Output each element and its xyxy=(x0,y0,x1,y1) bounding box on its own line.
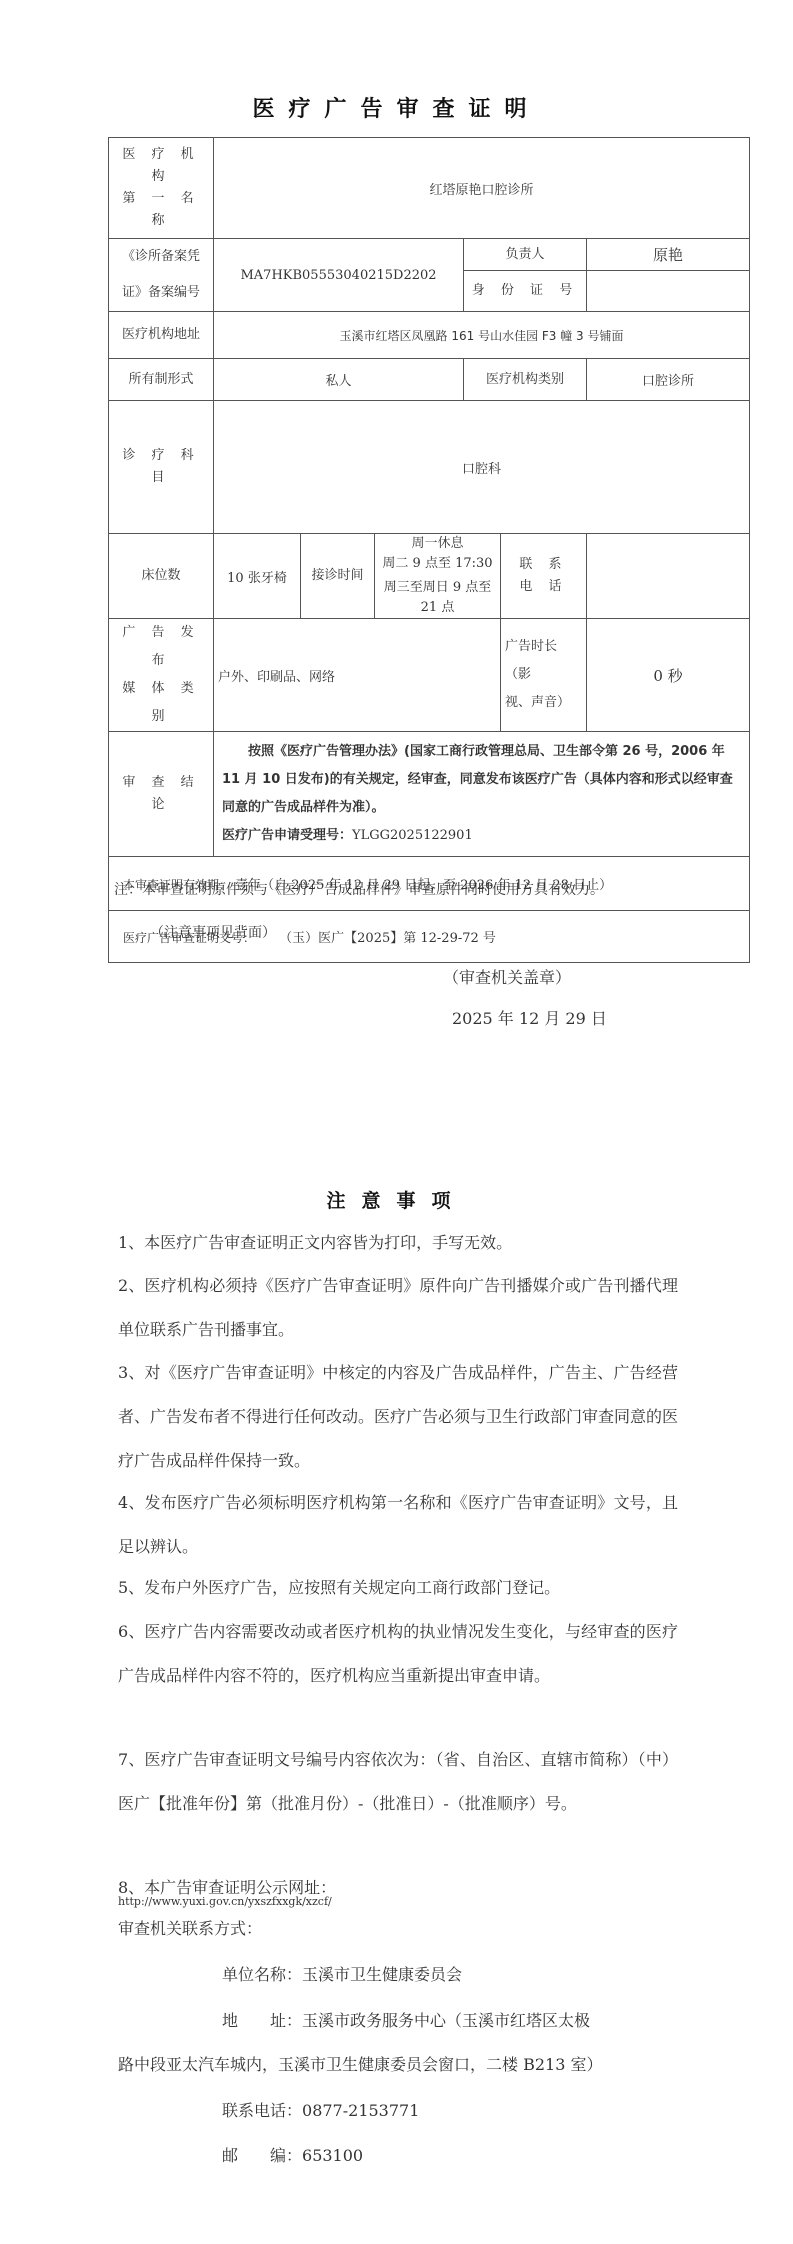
phone-label: 联 系 电 话 xyxy=(501,534,587,619)
hours-label: 接诊时间 xyxy=(301,534,375,619)
conclusion-value: 按照《医疗广告管理办法》(国家工商行政管理总局、卫生部令第 26 号，2006 … xyxy=(214,732,750,857)
responsible-person-value: 原艳 xyxy=(587,239,750,271)
contact-address-label: 地 址： xyxy=(222,2011,302,2030)
phone-value xyxy=(587,534,750,619)
duration-value: 0 秒 xyxy=(587,619,750,732)
duration-label: 广告时长（影 视、声音） xyxy=(501,619,587,732)
acceptance-number: YLGG2025122901 xyxy=(352,828,473,843)
category-label: 医疗机构类别 xyxy=(464,359,587,401)
contact-phone: 联系电话：0877-2153771 xyxy=(222,2098,419,2121)
notice-item-1: 1、本医疗广告审查证明正文内容皆为打印，手写无效。 xyxy=(118,1221,678,1265)
notice-item-7: 7、医疗广告审查证明文号编号内容依次为：（省、自治区、直辖市简称）（中）医广【批… xyxy=(118,1738,678,1826)
row-ownership: 所有制形式 私人 医疗机构类别 口腔诊所 xyxy=(109,359,750,401)
responsible-person-label: 负责人 xyxy=(464,239,587,271)
row-registration: 《诊所备案凭 证》备案编号 MA7HKB05553040215D2202 负责人… xyxy=(109,239,750,271)
notice-title: 注意事项 xyxy=(0,1186,793,1213)
contact-address: 地 址：玉溪市政务服务中心（玉溪市红塔区太极 xyxy=(222,2008,590,2031)
media-label: 广 告 发 布 媒 体 类 别 xyxy=(109,619,214,732)
cert-number-value: （玉）医广【2025】第 12-29-72 号 xyxy=(279,931,496,946)
issue-date: 2025 年 12 月 29 日 xyxy=(452,1006,607,1029)
id-number-label: 身 份 证 号 xyxy=(464,271,587,312)
contact-unit-value: 玉溪市卫生健康委员会 xyxy=(302,1965,462,1984)
row-media: 广 告 发 布 媒 体 类 别 户外、印刷品、网络 广告时长（影 视、声音） 0… xyxy=(109,619,750,732)
contact-heading: 审查机关联系方式： xyxy=(118,1916,262,1939)
contact-address-line2: 路中段亚太汽车城内，玉溪市卫生健康委员会窗口，二楼 B213 室） xyxy=(118,2052,602,2075)
acceptance-label: 医疗广告申请受理号： xyxy=(222,828,352,843)
contact-postcode-label: 邮 编： xyxy=(222,2146,302,2165)
notice-item-4: 4、发布医疗广告必须标明医疗机构第一名称和《医疗广告审查证明》文号，且足以辨认。 xyxy=(118,1481,678,1569)
id-number-value xyxy=(587,271,750,312)
contact-postcode: 邮 编：653100 xyxy=(222,2143,363,2166)
contact-postcode-value: 653100 xyxy=(302,2146,363,2165)
departments-label: 诊 疗 科 目 xyxy=(109,401,214,534)
usage-note: 注：本审查证明原件须与《医疗广告成品样件》审查原件同时使用方具有效力。 xyxy=(114,879,604,899)
notice-item-5: 5、发布户外医疗广告，应按照有关规定向工商行政部门登记。 xyxy=(118,1566,678,1610)
contact-phone-label: 联系电话： xyxy=(222,2101,302,2120)
address-value: 玉溪市红塔区凤凰路 161 号山水佳园 F3 幢 3 号铺面 xyxy=(214,312,750,359)
institution-name-label: 医 疗 机 构 第 一 名 称 xyxy=(109,138,214,239)
hours-value: 周一休息 周二 9 点至 17:30 周三至周日 9 点至 21 点 xyxy=(375,534,501,619)
conclusion-text: 按照《医疗广告管理办法》(国家工商行政管理总局、卫生部令第 26 号，2006 … xyxy=(222,738,741,822)
notice-item-3: 3、对《医疗广告审查证明》中核定的内容及广告成品样件，广告主、广告经营者、广告发… xyxy=(118,1351,678,1483)
departments-value: 口腔科 xyxy=(214,401,750,534)
conclusion-label: 审 查 结 论 xyxy=(109,732,214,857)
row-address: 医疗机构地址 玉溪市红塔区凤凰路 161 号山水佳园 F3 幢 3 号铺面 xyxy=(109,312,750,359)
see-back-note: （注意事项见背面） xyxy=(150,922,276,942)
seal-text: （审查机关盖章） xyxy=(443,965,571,988)
contact-address-line1: 玉溪市政务服务中心（玉溪市红塔区太极 xyxy=(302,2011,590,2030)
category-value: 口腔诊所 xyxy=(587,359,750,401)
contact-phone-value: 0877-2153771 xyxy=(302,2101,419,2120)
row-institution-name: 医 疗 机 构 第 一 名 称 红塔原艳口腔诊所 xyxy=(109,138,750,239)
certificate-table: 医 疗 机 构 第 一 名 称 红塔原艳口腔诊所 《诊所备案凭 证》备案编号 M… xyxy=(108,137,750,963)
public-url-link[interactable]: http://www.yuxi.gov.cn/yxszfxxgk/xzcf/ xyxy=(118,1895,332,1908)
beds-label: 床位数 xyxy=(109,534,214,619)
contact-unit: 单位名称：玉溪市卫生健康委员会 xyxy=(222,1962,462,1985)
row-beds-hours: 床位数 10 张牙椅 接诊时间 周一休息 周二 9 点至 17:30 周三至周日… xyxy=(109,534,750,619)
registration-label: 《诊所备案凭 证》备案编号 xyxy=(109,239,214,312)
address-label: 医疗机构地址 xyxy=(109,312,214,359)
notice-item-2: 2、医疗机构必须持《医疗广告审查证明》原件向广告刊播媒介或广告刊播代理单位联系广… xyxy=(118,1264,678,1352)
registration-number: MA7HKB05553040215D2202 xyxy=(214,239,464,312)
row-conclusion: 审 查 结 论 按照《医疗广告管理办法》(国家工商行政管理总局、卫生部令第 26… xyxy=(109,732,750,857)
ownership-value: 私人 xyxy=(214,359,464,401)
certificate-title: 医疗广告审查证明 xyxy=(0,92,793,123)
notice-item-6: 6、医疗广告内容需要改动或者医疗机构的执业情况发生变化，与经审查的医疗广告成品样… xyxy=(118,1610,678,1698)
institution-name-value: 红塔原艳口腔诊所 xyxy=(214,138,750,239)
ownership-label: 所有制形式 xyxy=(109,359,214,401)
beds-value: 10 张牙椅 xyxy=(214,534,301,619)
row-departments: 诊 疗 科 目 口腔科 xyxy=(109,401,750,534)
media-value: 户外、印刷品、网络 xyxy=(214,619,501,732)
contact-unit-label: 单位名称： xyxy=(222,1965,302,1984)
